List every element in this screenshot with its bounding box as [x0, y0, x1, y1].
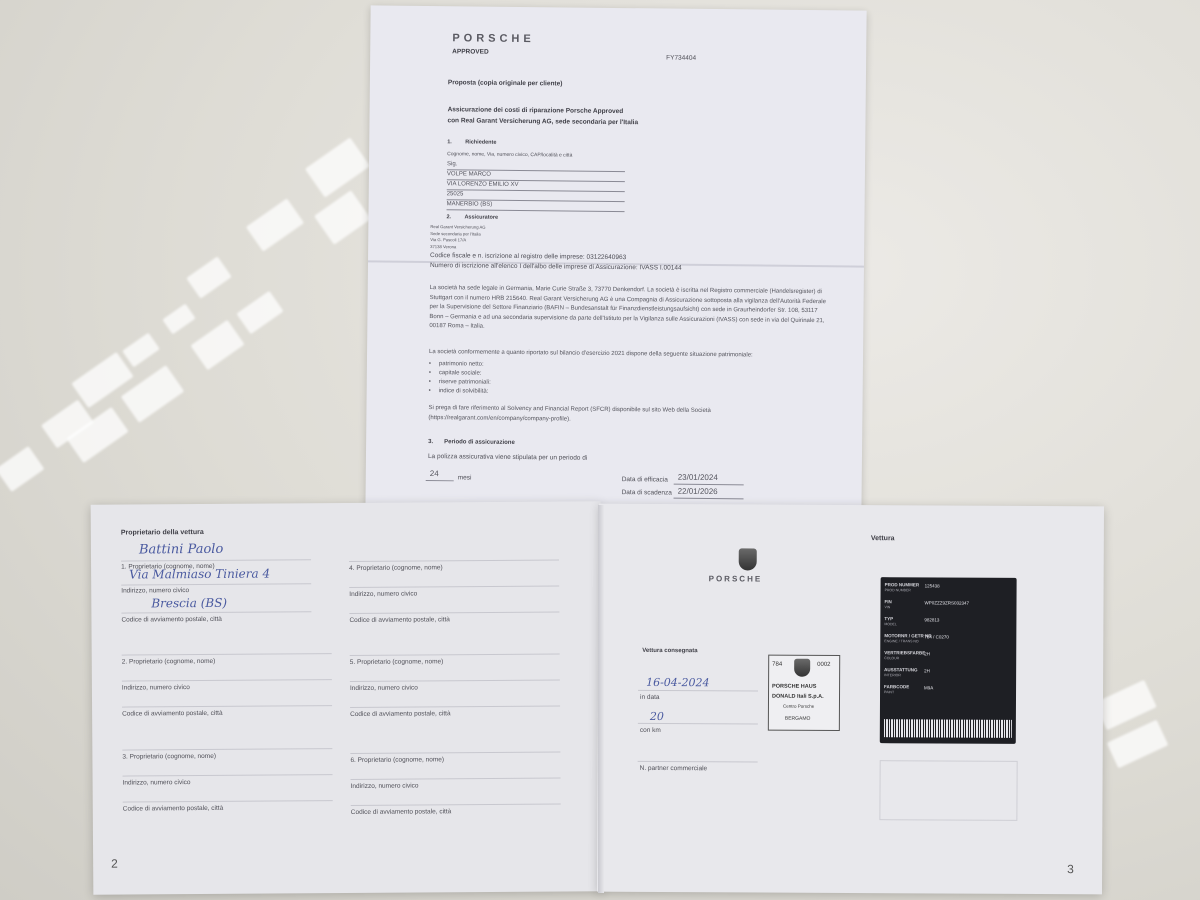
financial-item: indice di solvibilità: [439, 387, 489, 397]
section3-text: La polizza assicurativa viene stipulata … [428, 453, 587, 462]
stamp-line2: DONALD Itali S.p.A. [772, 694, 824, 700]
owner-address-label: Indirizzo, numero civico [349, 591, 417, 598]
section2-heading: Assicuratore [464, 214, 498, 220]
section3-heading: Periodo di assicurazione [444, 439, 515, 446]
sfcr-note: Si prega di fare riferimento al Solvency… [428, 404, 788, 427]
program-label: APPROVED [452, 48, 489, 55]
proposal-subtitle-2: con Real Garant Versicherung AG, sede se… [447, 117, 638, 126]
owner-address-line [122, 679, 332, 681]
owner-address-line [123, 774, 333, 776]
financial-intro: La società conformemente a quanto riport… [429, 348, 849, 362]
card-field-value: 125438 [925, 583, 940, 588]
owner-address-line [351, 778, 561, 780]
start-date-label: Data di efficacia [622, 476, 668, 483]
card-field-value: WP0ZZZ9ZRS032347 [924, 600, 969, 605]
months-underline [426, 480, 454, 481]
owner-name-line [350, 654, 560, 656]
owner-name-line [122, 653, 332, 655]
stamp-line4: BERGAMO [785, 716, 811, 722]
card-field-label: AUSSTATTUNG [884, 667, 917, 672]
card-field-sublabel: COLOUR [884, 656, 899, 660]
owner-address-label: Indirizzo, numero civico [123, 779, 191, 786]
owner-city-line [350, 706, 560, 708]
applicant-field-value: 25025 [447, 191, 464, 197]
delivery-km-line [638, 723, 758, 725]
owner1-address-handwritten: Via Malmiaso Tiniera 4 [129, 567, 270, 582]
porsche-logo-wordmark: PORSCHE [452, 32, 535, 45]
card-field-sublabel: ENGINE / TRANS NO [884, 639, 918, 643]
proposal-subtitle-1: Assicurazione dei costi di riparazione P… [448, 106, 624, 115]
owner-heading: Proprietario della vettura [121, 529, 204, 537]
owner-name-label: 5. Proprietario (cognome, nome) [350, 658, 444, 666]
stamp-code-right: 0002 [817, 662, 830, 668]
end-date-label: Data di scadenza [622, 489, 672, 497]
card-field-sublabel: PROD NUMBER [885, 588, 911, 592]
page-number-right: 3 [1067, 862, 1074, 876]
end-date-underline [674, 498, 744, 500]
months-label: mesi [458, 474, 472, 481]
end-date-value: 22/01/2026 [678, 487, 718, 496]
owner1-address-label: Indirizzo, numero civico [121, 587, 189, 594]
owner-city-line [351, 804, 561, 806]
stamp-code-left: 784 [772, 662, 782, 668]
booklet-owner-page: Proprietario della vettura Battini Paolo… [91, 501, 604, 895]
owner-city-label: Codice di avviamento postale, città [123, 805, 223, 813]
owner1-address-line [121, 583, 311, 585]
insurer-address-line: Via G. Pascoli 17/A [430, 237, 466, 242]
delivery-date-handwritten: 16-04-2024 [646, 676, 709, 689]
card-field-sublabel: VIN [884, 605, 890, 609]
owner-name-line [349, 560, 559, 562]
delivery-heading: Vettura consegnata [642, 648, 697, 654]
owner-name-label: 6. Proprietario (cognome, nome) [350, 756, 444, 764]
delivery-km-label: con km [640, 727, 661, 734]
card-field-label: TYP [884, 616, 893, 621]
owner-address-line [349, 586, 559, 588]
start-date-underline [674, 484, 744, 486]
owner-city-label: Codice di avviamento postale, città [122, 710, 222, 718]
owner-name-label: 3. Proprietario (cognome, nome) [122, 753, 216, 761]
insurer-address-line: Sede secondaria per l'Italia [430, 231, 480, 237]
owner-address-label: Indirizzo, numero civico [350, 685, 418, 692]
card-field-sublabel: PAINT [884, 690, 894, 694]
insurer-address-line: Real Garant Versicherung AG [430, 224, 485, 230]
card-field-label: PROD NUMMER [885, 582, 920, 587]
owner-city-line [123, 800, 333, 802]
section2-number: 2. [446, 214, 451, 220]
owner-name-line [122, 748, 332, 750]
financial-bullet: • [429, 387, 431, 397]
partner-line [638, 761, 758, 763]
applicant-field-value: MANERBIO (BS) [447, 201, 493, 207]
card-field-value: 2H [924, 668, 930, 673]
insurer-ivass-number: Numero di iscrizione all'elenco I dell'a… [430, 262, 682, 272]
owner-city-label: Codice di avviamento postale, città [351, 808, 451, 816]
card-field-value: 2H [924, 651, 930, 656]
stamp-line1: PORSCHE HAUS [772, 684, 816, 690]
section1-heading: Richiedente [465, 139, 496, 145]
booklet-gutter [598, 505, 604, 893]
vehicle-heading: Vettura [871, 535, 895, 542]
partner-label: N. partner commerciale [640, 765, 708, 772]
owner-city-label: Codice di avviamento postale, città [350, 710, 450, 718]
booklet-vehicle-page: Vettura PORSCHE Vettura consegnata 16-04… [597, 504, 1104, 895]
card-field-value: M9A [924, 685, 933, 690]
start-date-value: 23/01/2024 [678, 473, 718, 482]
stamp-line3: Centro Porsche [783, 704, 814, 709]
section1-number: 1. [447, 139, 452, 145]
page-number-left: 2 [111, 857, 118, 871]
card-field-label: VERTRIEBSFARBE [884, 650, 925, 655]
proposal-title: Proposta (copia originale per cliente) [448, 79, 563, 87]
applicant-field-line [447, 209, 625, 212]
owner-name-label: 4. Proprietario (cognome, nome) [349, 564, 443, 572]
section1-instruction: Cognome, nome, Via, numero civico, CAP/l… [447, 151, 572, 158]
dealer-stamp: 784 0002 PORSCHE HAUS DONALD Itali S.p.A… [768, 655, 840, 731]
card-field-value: 784 / C0270 [924, 634, 949, 639]
stamp-crest-icon [794, 659, 810, 677]
owner-name-line [350, 752, 560, 754]
empty-sticker-box [879, 760, 1017, 821]
months-value: 24 [430, 469, 439, 478]
owner-city-label: Codice di avviamento postale, città [349, 616, 449, 624]
company-paragraph: La società ha sede legale in Germania, M… [429, 284, 829, 336]
owner-city-line [122, 705, 332, 707]
owner-address-line [350, 680, 560, 682]
insurer-tax-code: Codice fiscale e n. iscrizione al regist… [430, 252, 626, 261]
vehicle-data-card: PROD NUMMERPROD NUMBER125438FINVINWP0ZZZ… [880, 577, 1017, 744]
delivery-date-label: in data [640, 694, 660, 701]
delivery-date-line [638, 690, 758, 692]
card-field-value: 982813 [924, 617, 939, 622]
insurer-address-line: 37138 Verona [430, 244, 456, 249]
owner1-name-handwritten: Battini Paolo [139, 542, 223, 558]
applicant-field-value: Sig. [447, 161, 457, 167]
porsche-crest-icon [739, 548, 757, 570]
applicant-field-value: VIA LORENZO EMILIO XV [447, 181, 519, 188]
owner-name-label: 2. Proprietario (cognome, nome) [122, 658, 216, 666]
owner1-city-line [121, 611, 311, 613]
applicant-field-line [447, 189, 625, 192]
card-field-sublabel: INTERIOR [884, 673, 901, 677]
delivery-km-handwritten: 20 [650, 710, 664, 723]
owner-address-label: Indirizzo, numero civico [351, 783, 419, 790]
card-field-label: FIN [884, 599, 891, 604]
owner1-name-line [121, 559, 311, 561]
applicant-field-value: VOLPE MARCO [447, 171, 491, 177]
warranty-proposal-sheet: PORSCHE APPROVED FY734404 Proposta (copi… [365, 5, 866, 520]
section3-number: 3. [428, 439, 433, 445]
owner-city-line [349, 612, 559, 614]
porsche-logo-wordmark-booklet: PORSCHE [709, 574, 763, 583]
card-field-sublabel: MODEL [884, 622, 896, 626]
owner1-city-label: Codice di avviamento postale, città [121, 616, 221, 624]
owner-address-label: Indirizzo, numero civico [122, 684, 190, 691]
reference-number: FY734404 [666, 55, 696, 62]
vehicle-barcode [884, 719, 1012, 738]
card-field-label: FARBCODE [884, 684, 909, 689]
owner1-city-handwritten: Brescia (BS) [151, 596, 227, 611]
